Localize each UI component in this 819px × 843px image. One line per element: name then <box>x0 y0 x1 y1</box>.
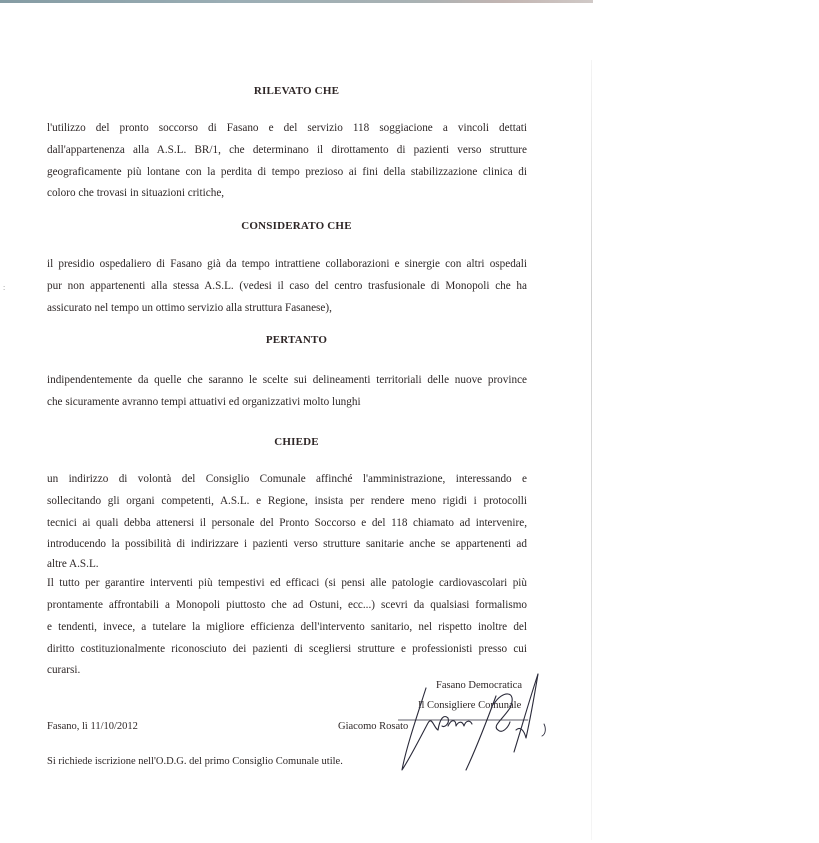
section-heading-chiede: CHIEDE <box>0 436 593 448</box>
text-line: dall'appartenenza alla A.S.L. BR/1, che … <box>47 140 527 162</box>
text-line: prontamente affrontabili a Monopoli piut… <box>47 595 527 617</box>
section-heading-considerato: CONSIDERATO CHE <box>0 220 593 232</box>
section-heading-rilevato: RILEVATO CHE <box>0 85 593 97</box>
text-line: l'utilizzo del pronto soccorso di Fasano… <box>47 118 527 140</box>
text-line: indipendentemente da quelle che saranno … <box>47 370 527 392</box>
text-line: e tendenti, invece, a tutelare la miglio… <box>47 617 527 639</box>
text-line: tecnici ai quali debba attenersi il pers… <box>47 513 527 535</box>
text-line: geograficamente più lontane con la perdi… <box>47 162 527 184</box>
text-line: sollecitando gli organi competenti, A.S.… <box>47 491 527 513</box>
handwritten-signature <box>398 668 548 778</box>
text-line: il presidio ospedaliero di Fasano già da… <box>47 254 527 276</box>
text-line: un indirizzo di volontà del Consiglio Co… <box>47 469 527 491</box>
section-body-considerato: il presidio ospedaliero di Fasano già da… <box>47 254 527 319</box>
text-line: assicurato nel tempo un ottimo servizio … <box>47 298 527 320</box>
place-date: Fasano, lì 11/10/2012 <box>47 721 138 732</box>
text-line: diritto costituzionalmente riconosciuto … <box>47 639 527 661</box>
text-line: Il tutto per garantire interventi più te… <box>47 573 527 595</box>
text-line: che sicuramente avranno tempi attuativi … <box>47 392 527 414</box>
text-line: pur non appartenenti alla stessa A.S.L. … <box>47 276 527 298</box>
footer-note: Si richiede iscrizione nell'O.D.G. del p… <box>47 756 343 767</box>
scan-speck: : <box>3 283 6 289</box>
section-body-chiede: un indirizzo di volontà del Consiglio Co… <box>47 469 527 682</box>
text-line: coloro che trovasi in situazioni critich… <box>47 183 527 205</box>
section-body-rilevato: l'utilizzo del pronto soccorso di Fasano… <box>47 118 527 205</box>
section-heading-pertanto: PERTANTO <box>0 334 593 346</box>
text-line: introducendo la possibilità di indirizza… <box>47 534 527 556</box>
section-body-pertanto: indipendentemente da quelle che saranno … <box>47 370 527 414</box>
text-line: altre A.S.L. <box>47 556 527 573</box>
scanned-document-page: : RILEVATO CHE l'utilizzo del pronto soc… <box>0 0 593 843</box>
